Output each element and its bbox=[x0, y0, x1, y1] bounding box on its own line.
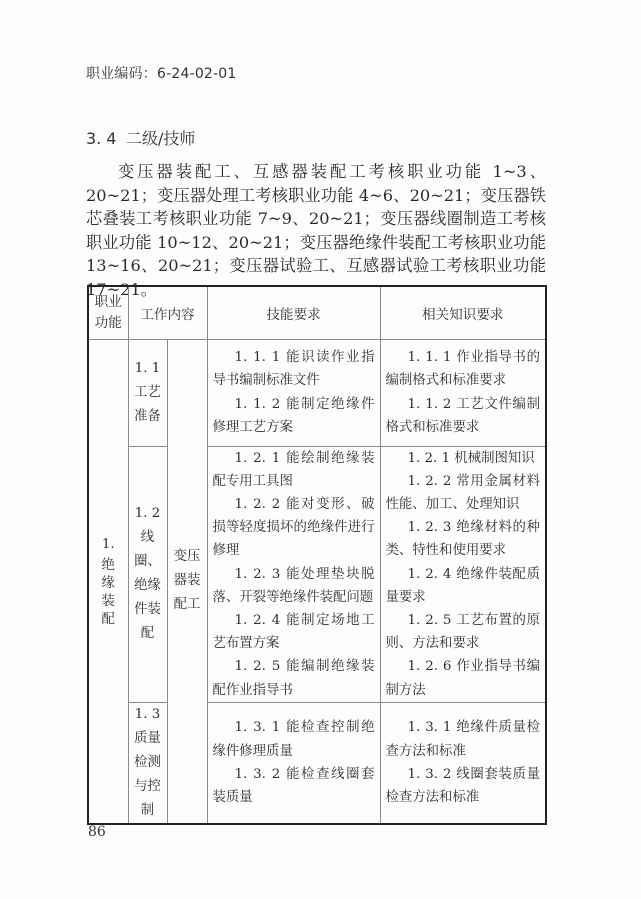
knowledge-item: 1. 2. 5 工艺布置的原则、方法和要求 bbox=[386, 609, 541, 655]
work-content-cell: 1. 2 线圈、 绝缘 件装 配 bbox=[128, 446, 167, 702]
skill-item: 1. 1. 1 能识读作业指导书编制标准文件 bbox=[213, 346, 375, 392]
skill-item: 1. 2. 4 能制定场地工艺布置方案 bbox=[213, 609, 375, 655]
work-line: 配 bbox=[129, 622, 167, 646]
function-char: 配 bbox=[89, 611, 128, 629]
header-function-line1: 职业 bbox=[95, 294, 122, 310]
table-row: 1. 2 线圈、 绝缘 件装 配 1. 2. 1 能绘制绝缘装配专用工具图 1.… bbox=[88, 446, 546, 702]
skill-item: 1. 2. 1 能绘制绝缘装配专用工具图 bbox=[213, 447, 375, 493]
intro-paragraph: 变压器装配工、互感器装配工考核职业功能 1~3、20~21；变压器处理工考核职业… bbox=[86, 160, 546, 302]
knowledge-item: 1. 2. 6 作业指导书编制方法 bbox=[386, 655, 541, 701]
knowledge-item: 1. 2. 4 绝缘件装配质量要求 bbox=[386, 563, 541, 609]
work-line: 绝缘 bbox=[129, 574, 167, 598]
section-title: 二级/技师 bbox=[126, 129, 195, 148]
function-char: 缘 bbox=[89, 575, 128, 593]
skill-item: 1. 1. 2 能制定绝缘件修理工艺方案 bbox=[213, 393, 375, 439]
function-char: 绝 bbox=[89, 557, 128, 575]
work-line: 线圈、 bbox=[129, 526, 167, 574]
knowledge-item: 1. 1. 1 作业指导书的编制格式和标准要求 bbox=[386, 346, 541, 392]
header-knowledge-requirements: 相关知识要求 bbox=[380, 286, 546, 339]
skill-item: 1. 3. 2 能检查线圈套装质量 bbox=[213, 763, 375, 809]
skill-cell: 1. 2. 1 能绘制绝缘装配专用工具图 1. 2. 2 能对变形、破损等轻度损… bbox=[207, 446, 380, 702]
page-number: 86 bbox=[88, 824, 106, 840]
skill-item: 1. 2. 2 能对变形、破损等轻度损坏的绝缘件进行修理 bbox=[213, 493, 375, 563]
work-line: 制 bbox=[129, 799, 167, 823]
knowledge-cell: 1. 2. 1 机械制图知识 1. 2. 2 常用金属材料性能、加工、处理知识 … bbox=[380, 446, 546, 702]
skill-cell: 1. 1. 1 能识读作业指导书编制标准文件 1. 1. 2 能制定绝缘件修理工… bbox=[207, 339, 380, 446]
skill-cell: 1. 3. 1 能检查控制绝缘件修理质量 1. 3. 2 能检查线圈套装质量 bbox=[207, 702, 380, 824]
header-function: 职业功能 bbox=[88, 286, 128, 339]
occupation-code-label: 职业编码： bbox=[86, 66, 157, 82]
function-number: 1. bbox=[89, 533, 128, 557]
knowledge-item: 1. 3. 2 线圈套装质量检查方法和标准 bbox=[386, 763, 541, 809]
work-line: 准备 bbox=[129, 405, 167, 429]
knowledge-item: 1. 2. 1 机械制图知识 bbox=[386, 447, 541, 470]
knowledge-item: 1. 1. 2 工艺文件编制格式和标准要求 bbox=[386, 393, 541, 439]
work-line: 件装 bbox=[129, 598, 167, 622]
work-line: 1. 3 bbox=[129, 703, 167, 727]
skill-item: 1. 2. 5 能编制绝缘装配作业指导书 bbox=[213, 655, 375, 701]
work-content-cell: 1. 1 工艺 准备 bbox=[128, 339, 167, 446]
work-line: 1. 2 bbox=[129, 502, 167, 526]
knowledge-item: 1. 3. 1 绝缘件质量检查方法和标准 bbox=[386, 716, 541, 762]
knowledge-item: 1. 2. 2 常用金属材料性能、加工、处理知识 bbox=[386, 470, 541, 516]
job-type-line: 配工 bbox=[168, 593, 207, 617]
job-type-line: 变压 bbox=[168, 545, 207, 569]
skill-standard-table: 职业功能 工作内容 技能要求 相关知识要求 1. 绝 缘 装 配 1. 1 工艺… bbox=[87, 285, 547, 825]
knowledge-cell: 1. 1. 1 作业指导书的编制格式和标准要求 1. 1. 2 工艺文件编制格式… bbox=[380, 339, 546, 446]
table-row: 1. 绝 缘 装 配 1. 1 工艺 准备 变压 器装 配工 1. 1. 1 能… bbox=[88, 339, 546, 446]
occupation-code-value: 6-24-02-01 bbox=[157, 66, 237, 82]
function-cell: 1. 绝 缘 装 配 bbox=[88, 339, 128, 824]
job-type-line: 器装 bbox=[168, 569, 207, 593]
table-row: 1. 3 质量 检测 与控 制 1. 3. 1 能检查控制绝缘件修理质量 1. … bbox=[88, 702, 546, 824]
work-line: 1. 1 bbox=[129, 357, 167, 381]
section-heading: 3. 4二级/技师 bbox=[86, 126, 195, 149]
knowledge-item: 1. 2. 3 绝缘材料的种类、特性和使用要求 bbox=[386, 516, 541, 562]
section-number: 3. 4 bbox=[86, 129, 126, 148]
work-line: 工艺 bbox=[129, 381, 167, 405]
header-work-content: 工作内容 bbox=[128, 286, 207, 339]
work-line: 检测 bbox=[129, 751, 167, 775]
function-char: 装 bbox=[89, 593, 128, 611]
header-skill-requirements: 技能要求 bbox=[207, 286, 380, 339]
work-line: 与控 bbox=[129, 775, 167, 799]
table-header-row: 职业功能 工作内容 技能要求 相关知识要求 bbox=[88, 286, 546, 339]
work-content-cell: 1. 3 质量 检测 与控 制 bbox=[128, 702, 167, 824]
header-function-line2: 功能 bbox=[95, 315, 122, 331]
work-line: 质量 bbox=[129, 727, 167, 751]
knowledge-cell: 1. 3. 1 绝缘件质量检查方法和标准 1. 3. 2 线圈套装质量检查方法和… bbox=[380, 702, 546, 824]
job-type-cell: 变压 器装 配工 bbox=[167, 339, 207, 824]
occupation-code: 职业编码：6-24-02-01 bbox=[86, 63, 237, 83]
skill-item: 1. 3. 1 能检查控制绝缘件修理质量 bbox=[213, 716, 375, 762]
skill-item: 1. 2. 3 能处理垫块脱落、开裂等绝缘件装配问题 bbox=[213, 563, 375, 609]
